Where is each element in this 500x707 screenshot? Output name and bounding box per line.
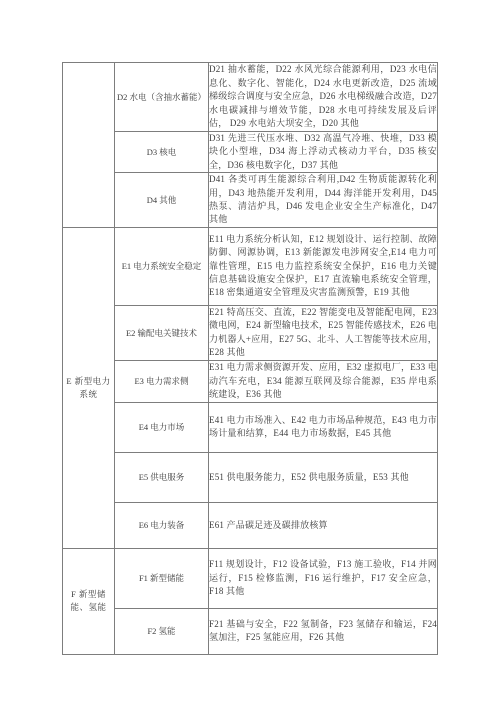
- items-cell-d4: D41 各类可再生能源综合利用,D42 生物质能源转化利用，D43 地热能开发利…: [209, 173, 438, 228]
- items-cell-e2: E21 特高压交、直流，E22 智能变电及智能配电网，E23 微电网，E24 新…: [209, 305, 438, 360]
- items-cell-e5: E51 供电服务能力，E52 供电服务质量，E53 其他: [209, 452, 438, 502]
- category-cell-e5: E5 供电服务: [115, 452, 209, 502]
- items-cell-e1: E11 电力系统分析认知，E12 规划设计、运行控制、故障防御、网源协调，E13…: [209, 227, 438, 305]
- document-page: D2 水电（含抽水蓄能） D21 抽水蓄能，D22 水风光综合能源利用，D23 …: [0, 0, 500, 707]
- items-cell-d2: D21 抽水蓄能，D22 水风光综合能源利用，D23 水电信息化、数字化、智能化…: [209, 63, 438, 132]
- category-cell-e4: E4 电力市场: [115, 402, 209, 452]
- category-cell-d4: D4 其他: [115, 173, 209, 228]
- items-cell-d3: D31 先进三代压水堆、D32 高温气冷堆、快堆，D33 模块化小型堆，D34 …: [209, 132, 438, 173]
- items-cell-e4: E41 电力市场准入、E42 电力市场品种规范，E43 电力市场计量和结算，E4…: [209, 402, 438, 452]
- category-cell-e2: E2 输配电关键技术: [115, 305, 209, 360]
- category-cell-e3: E3 电力需求侧: [115, 360, 209, 402]
- category-cell-e6: E6 电力装备: [115, 502, 209, 548]
- group-cell-f: F 新型储 能、氢能: [63, 548, 115, 654]
- group-cell-d: [63, 63, 115, 228]
- items-cell-f2: F21 基础与安全，F22 氢制备，F23 氢储存和输运，F24 氢加注，F25…: [209, 608, 438, 654]
- category-table: D2 水电（含抽水蓄能） D21 抽水蓄能，D22 水风光综合能源利用，D23 …: [62, 62, 438, 655]
- category-cell-f1: F1 新型储能: [115, 548, 209, 608]
- category-cell-d2: D2 水电（含抽水蓄能）: [115, 63, 209, 132]
- items-cell-e6: E61 产品碳足迹及碳排放核算: [209, 502, 438, 548]
- group-cell-e: E 新型电力 系统: [63, 227, 115, 548]
- category-cell-e1: E1 电力系统安全稳定: [115, 227, 209, 305]
- items-cell-f1: F11 规划设计，F12 设备试验，F13 施工验收，F14 并网运行，F15 …: [209, 548, 438, 608]
- category-cell-d3: D3 核电: [115, 132, 209, 173]
- items-cell-e3: E31 电力需求侧资源开发、应用，E32 虚拟电厂，E33 电动汽车充电，E34…: [209, 360, 438, 402]
- category-cell-f2: F2 氢能: [115, 608, 209, 654]
